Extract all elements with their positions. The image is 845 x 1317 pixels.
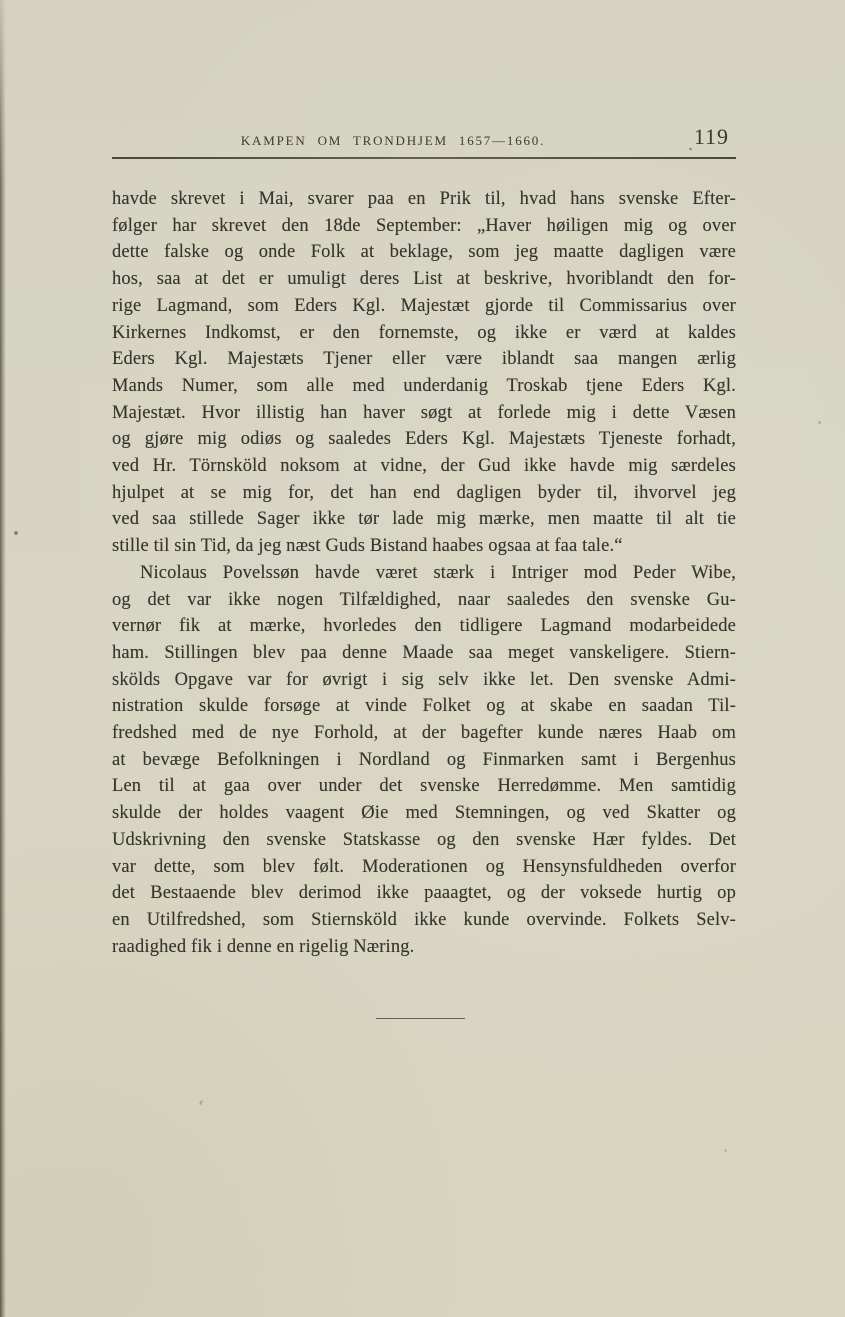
text-line: raadighed fik i denne en rigelig Næring. [112,934,736,961]
text-line: Nicolaus Povelssøn havde været stærk i I… [112,560,736,587]
running-title: KAMPEN OM TRONDHJEM 1657—1660. [113,133,673,149]
text-line: og gjøre mig odiøs og saaledes Eders Kgl… [112,426,736,453]
text-line: Eders Kgl. Majestæts Tjener eller være i… [112,346,736,373]
text-line: stille til sin Tid, da jeg næst Guds Bis… [112,533,736,560]
text-line: skölds Opgave var for øvrigt i sig selv … [112,667,736,694]
text-line: det Bestaaende blev derimod ikke paaagte… [112,880,736,907]
text-line: nistration skulde forsøge at vinde Folke… [112,693,736,720]
scan-edge-left [0,0,6,1317]
text-line: var dette, som blev følt. Moderationen o… [112,854,736,881]
text-line: en Utilfredshed, som Stiernsköld ikke ku… [112,907,736,934]
scan-speck [818,421,821,424]
text-line: dette falske og onde Folk at beklage, so… [112,239,736,266]
text-line: hjulpet at se mig for, det han end dagli… [112,480,736,507]
text-line: Udskrivning den svenske Statskasse og de… [112,827,736,854]
text-line: skulde der holdes vaagent Øie med Stemni… [112,800,736,827]
text-line: at bevæge Befolkningen i Nordland og Fin… [112,747,736,774]
text-line: Kirkernes Indkomst, er den fornemste, og… [112,320,736,347]
scan-speck [724,1149,727,1152]
text-line: ved Hr. Törnsköld noksom at vidne, der G… [112,453,736,480]
text-line: havde skrevet i Mai, svarer paa en Prik … [112,186,736,213]
book-page: KAMPEN OM TRONDHJEM 1657—1660. 119 havde… [0,0,845,1317]
scan-speck [199,1100,203,1105]
scan-speck [689,147,693,150]
scan-speck [14,531,18,535]
paragraph: Nicolaus Povelssøn havde været stærk i I… [112,560,736,961]
text-line: Majestæt. Hvor illistig han haver søgt a… [112,400,736,427]
text-line: følger har skrevet den 18de September: „… [112,213,736,240]
text-line: fredshed med de nye Forhold, at der bage… [112,720,736,747]
text-line: Mands Numer, som alle med underdanig Tro… [112,373,736,400]
header-rule [112,157,736,159]
text-line: vernør fik at mærke, hvorledes den tidli… [112,613,736,640]
text-line: ved saa stillede Sager ikke tør lade mig… [112,506,736,533]
text-line: ham. Stillingen blev paa denne Maade saa… [112,640,736,667]
section-divider [376,1018,465,1019]
paragraph: havde skrevet i Mai, svarer paa en Prik … [112,186,736,560]
page-number: 119 [694,124,729,150]
text-line: rige Lagmand, som Eders Kgl. Majestæt gj… [112,293,736,320]
text-line: hos, saa at det er umuligt deres List at… [112,266,736,293]
text-line: Len til at gaa over under det svenske He… [112,773,736,800]
text-line: og det var ikke nogen Tilfældighed, naar… [112,587,736,614]
body-text: havde skrevet i Mai, svarer paa en Prik … [112,186,736,960]
